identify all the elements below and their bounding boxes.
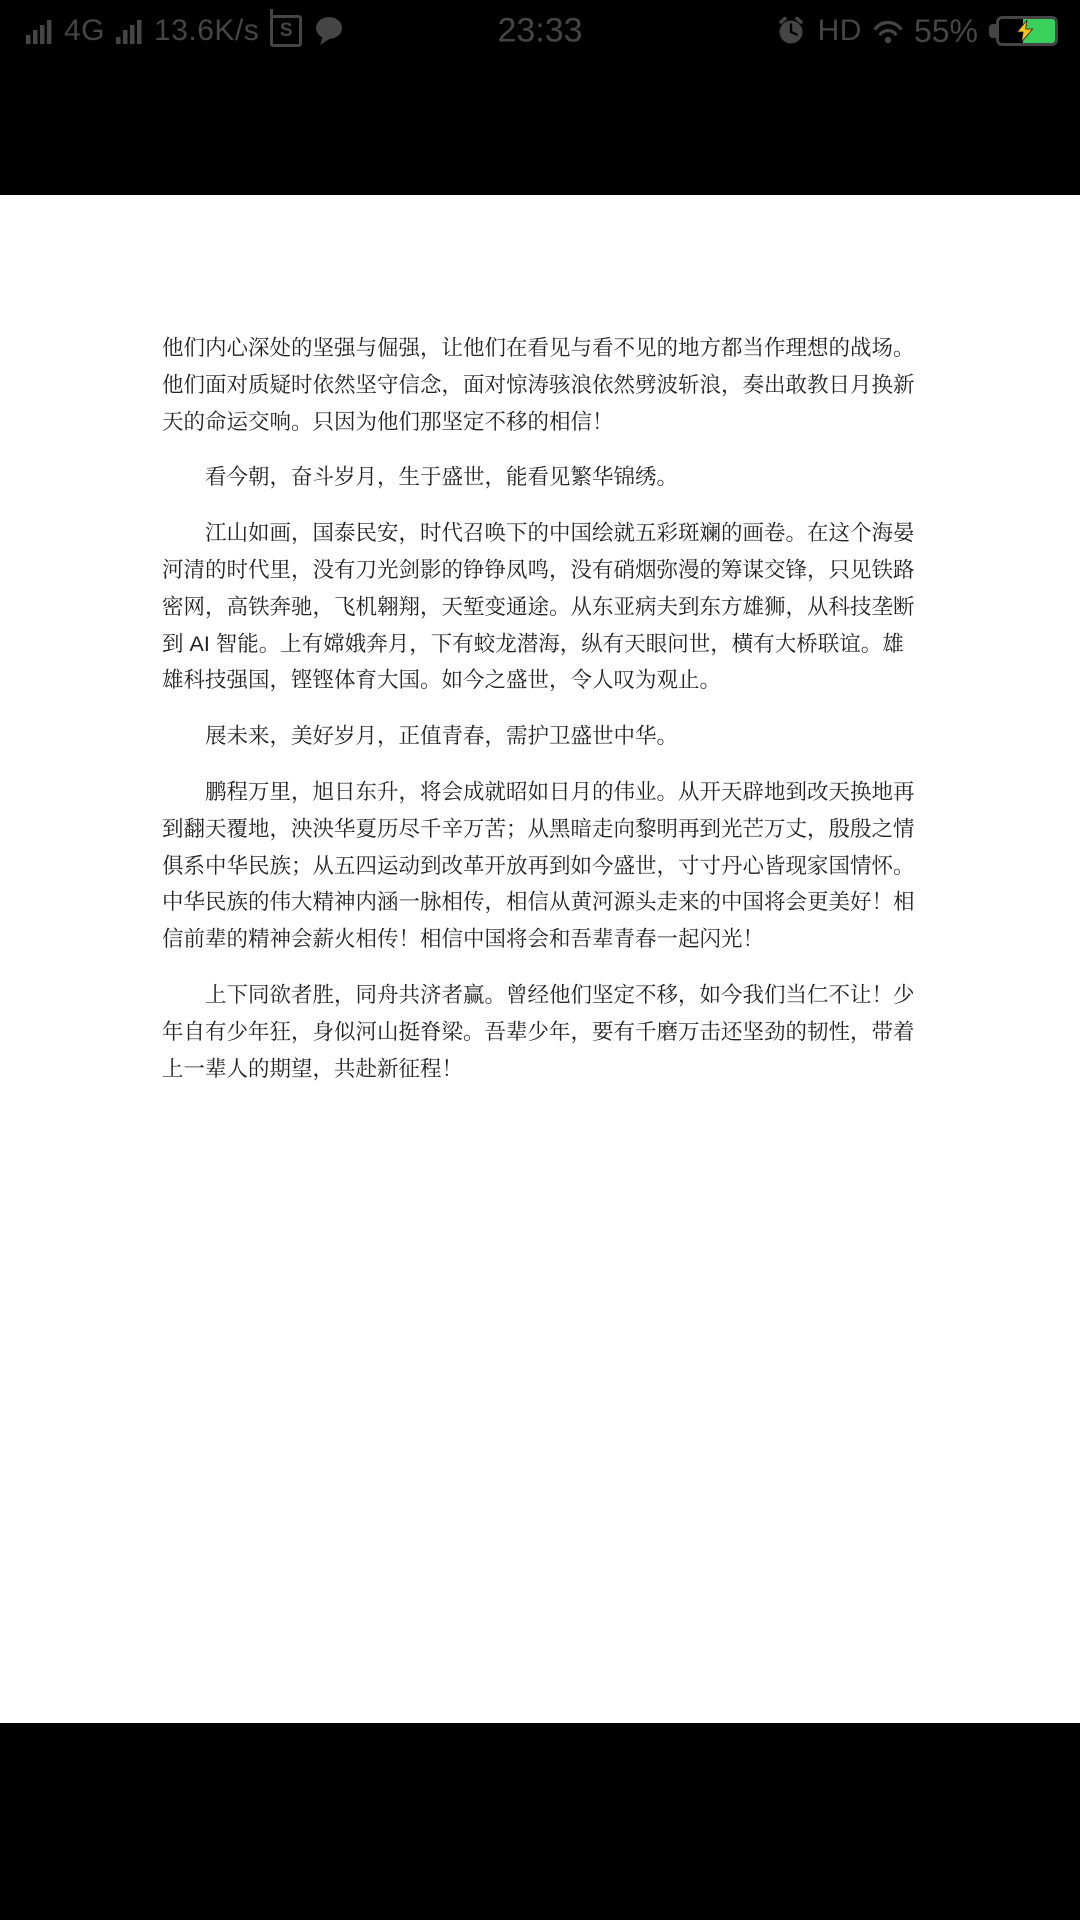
battery-percent-label: 55% — [914, 13, 978, 50]
alarm-clock-icon — [775, 15, 807, 47]
text-line: 俱系中华民族；从五四运动到改革开放再到如今盛世，寸寸丹心皆现家国情怀。 — [162, 848, 920, 885]
text-line: 雄科技强国，铿铿体育大国。如今之盛世，令人叹为观止。 — [162, 662, 920, 699]
text-line: 展未来，美好岁月，正值青春，需护卫盛世中华。 — [162, 718, 920, 755]
text-line: 年自有少年狂，身似河山挺脊梁。吾辈少年，要有千磨万击还坚劲的韧性，带着 — [162, 1014, 920, 1051]
hd-voice-label: HD — [818, 14, 862, 48]
text-line: 密网，高铁奔驰，飞机翱翔，天堑变通途。从东亚病夫到东方雄狮，从科技垄断 — [162, 589, 920, 626]
network-type-label: 4G — [64, 14, 105, 48]
s-app-badge-icon: S — [270, 15, 302, 47]
text-line: 河清的时代里，没有刀光剑影的铮铮凤鸣，没有硝烟弥漫的筹谋交锋，只见铁路 — [162, 552, 920, 589]
text-line: 江山如画，国泰民安，时代召唤下的中国绘就五彩斑斓的画卷。在这个海晏 — [162, 515, 920, 552]
paragraph: 展未来，美好岁月，正值青春，需护卫盛世中华。 — [162, 718, 920, 755]
text-line: 鹏程万里，旭日东升，将会成就昭如日月的伟业。从开天辟地到改天换地再 — [162, 774, 920, 811]
signal-bars-icon — [26, 18, 53, 45]
paragraph: 上下同欲者胜，同舟共济者赢。曾经他们坚定不移，如今我们当仁不让！少年自有少年狂，… — [162, 977, 920, 1087]
chat-bubble-icon — [313, 16, 345, 46]
battery-body — [996, 16, 1058, 46]
text-line: 他们面对质疑时依然坚守信念，面对惊涛骇浪依然劈波斩浪，奏出敢教日月换新 — [162, 367, 920, 404]
paragraph: 鹏程万里，旭日东升，将会成就昭如日月的伟业。从开天辟地到改天换地再到翻天覆地，泱… — [162, 774, 920, 958]
status-bar: 4G 13.6K/s S 23:33 HD 55 — [0, 0, 1080, 62]
text-line: 到 AI 智能。上有嫦娥奔月，下有蛟龙潜海，纵有天眼问世，横有大桥联谊。雄 — [162, 626, 920, 663]
text-line: 到翻天覆地，泱泱华夏历尽千辛万苦；从黑暗走向黎明再到光芒万丈，殷殷之情 — [162, 811, 920, 848]
network-speed-label: 13.6K/s — [154, 14, 259, 48]
wifi-icon — [873, 19, 903, 44]
text-line: 上下同欲者胜，同舟共济者赢。曾经他们坚定不移，如今我们当仁不让！少 — [162, 977, 920, 1014]
paragraph: 看今朝，奋斗岁月，生于盛世，能看见繁华锦绣。 — [162, 459, 920, 496]
document-body: 他们内心深处的坚强与倔强，让他们在看见与看不见的地方都当作理想的战场。他们面对质… — [162, 330, 920, 1087]
text-line: 他们内心深处的坚强与倔强，让他们在看见与看不见的地方都当作理想的战场。 — [162, 330, 920, 367]
status-bar-clock: 23:33 — [497, 12, 582, 51]
document-page[interactable]: 他们内心深处的坚强与倔强，让他们在看见与看不见的地方都当作理想的战场。他们面对质… — [0, 195, 1080, 1723]
lightning-bolt-icon — [1017, 20, 1033, 42]
status-bar-right: HD 55% — [775, 13, 1058, 50]
signal-bars-2-icon — [116, 18, 143, 45]
text-line: 信前辈的精神会薪火相传！相信中国将会和吾辈青春一起闪光！ — [162, 921, 920, 958]
status-bar-left: 4G 13.6K/s S — [26, 14, 345, 48]
text-line: 天的命运交响。只因为他们那坚定不移的相信！ — [162, 404, 920, 441]
paragraph: 他们内心深处的坚强与倔强，让他们在看见与看不见的地方都当作理想的战场。他们面对质… — [162, 330, 920, 440]
paragraph: 江山如画，国泰民安，时代召唤下的中国绘就五彩斑斓的画卷。在这个海晏河清的时代里，… — [162, 515, 920, 699]
text-line: 中华民族的伟大精神内涵一脉相传，相信从黄河源头走来的中国将会更美好！相 — [162, 884, 920, 921]
battery-charging-icon — [989, 16, 1058, 46]
text-line: 上一辈人的期望，共赴新征程！ — [162, 1051, 920, 1088]
text-line: 看今朝，奋斗岁月，生于盛世，能看见繁华锦绣。 — [162, 459, 920, 496]
s-badge-letter: S — [280, 20, 293, 42]
battery-nub — [989, 24, 996, 38]
